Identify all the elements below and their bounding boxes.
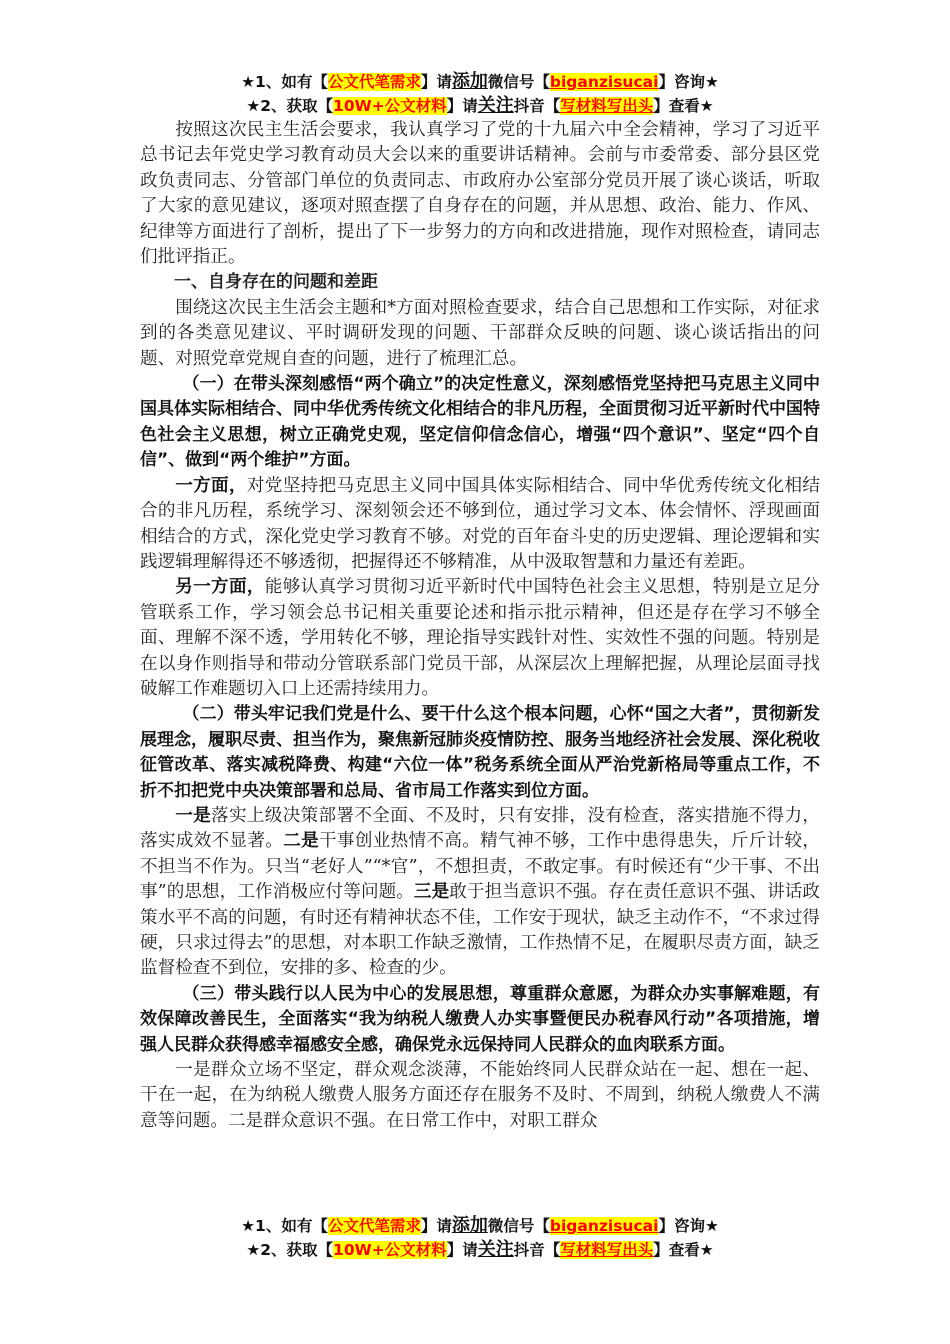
document-page: ★1、如有【公文代笔需求】请添加微信号【biganzisucai】咨询★ ★2、… bbox=[140, 70, 820, 1134]
promo-line-2: ★2、获取【10W+公文材料】请关注抖音【写材料写出头】查看★ bbox=[140, 94, 820, 118]
section-1-intro: 围绕这次民主生活会主题和*方面对照检查要求，结合自己思想和工作实际，对征求到的各… bbox=[140, 296, 820, 372]
emphasis-add: 添加 bbox=[452, 1215, 488, 1236]
section-1-heading: 一、自身存在的问题和差距 bbox=[140, 270, 820, 295]
subsection-1-para-2: 另一方面，能够认真学习贯彻习近平新时代中国特色社会主义思想，特别是立足分管联系工… bbox=[140, 575, 820, 702]
subsection-2-heading: （二）带头牢记我们党是什么、要干什么这个根本问题，心怀“国之大者”，贯彻新发展理… bbox=[140, 702, 820, 804]
promo-line-1: ★1、如有【公文代笔需求】请添加微信号【biganzisucai】咨询★ bbox=[140, 70, 820, 94]
intro-paragraph: 按照这次民主生活会要求，我认真学习了党的十九届六中全会精神，学习了习近平总书记去… bbox=[140, 118, 820, 270]
promo-banner-top: ★1、如有【公文代笔需求】请添加微信号【biganzisucai】咨询★ ★2、… bbox=[140, 70, 820, 118]
emphasis-follow: 关注 bbox=[478, 95, 514, 116]
wechat-id-link[interactable]: biganzisucai bbox=[550, 73, 659, 91]
subsection-3-para-1: 一是群众立场不坚定，群众观念淡薄，不能始终同人民群众站在一起、想在一起、干在一起… bbox=[140, 1058, 820, 1134]
subsection-1-heading: （一）在带头深刻感悟“两个确立”的决定性意义，深刻感悟党坚持把马克思主义同中国具… bbox=[140, 372, 820, 474]
highlight-ghostwriting: 公文代笔需求 bbox=[328, 73, 421, 91]
emphasis-follow: 关注 bbox=[478, 1239, 514, 1260]
douyin-account-link[interactable]: 写材料写出头 bbox=[560, 1241, 653, 1259]
wechat-id-link[interactable]: biganzisucai bbox=[550, 1217, 659, 1235]
promo-line-1: ★1、如有【公文代笔需求】请添加微信号【biganzisucai】咨询★ bbox=[140, 1214, 820, 1238]
highlight-materials: 10W+公文材料 bbox=[333, 97, 447, 115]
highlight-ghostwriting: 公文代笔需求 bbox=[328, 1217, 421, 1235]
subsection-3-heading: （三）带头践行以人民为中心的发展思想，尊重群众意愿，为群众办实事解难题，有效保障… bbox=[140, 982, 820, 1058]
subsection-2-para-1: 一是落实上级决策部署不全面、不及时，只有安排，没有检查，落实措施不得力，落实成效… bbox=[140, 804, 820, 982]
highlight-materials: 10W+公文材料 bbox=[333, 1241, 447, 1259]
promo-line-2: ★2、获取【10W+公文材料】请关注抖音【写材料写出头】查看★ bbox=[140, 1238, 820, 1262]
emphasis-add: 添加 bbox=[452, 71, 488, 92]
promo-banner-bottom: ★1、如有【公文代笔需求】请添加微信号【biganzisucai】咨询★ ★2、… bbox=[140, 1214, 820, 1262]
douyin-account-link[interactable]: 写材料写出头 bbox=[560, 97, 653, 115]
subsection-1-para-1: 一方面，对党坚持把马克思主义同中国具体实际相结合、同中华优秀传统文化相结合的非凡… bbox=[140, 474, 820, 576]
